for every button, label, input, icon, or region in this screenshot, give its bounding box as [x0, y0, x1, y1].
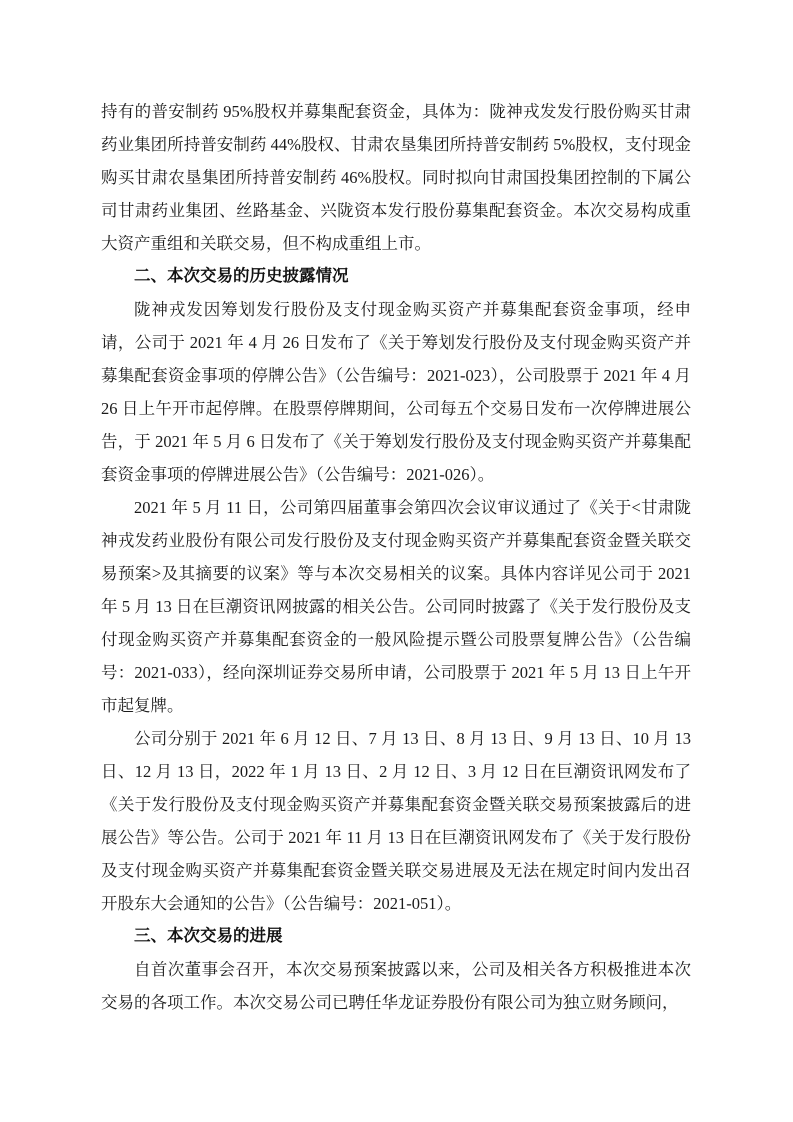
paragraph-monthly-progress-announcements: 公司分别于 2021 年 6 月 12 日、7 月 13 日、8 月 13 日、…: [101, 722, 691, 920]
document-page: 持有的普安制药 95%股权并募集配套资金，具体为：陇神戎发发行股份购买甘肃药业集…: [0, 0, 793, 1122]
section-heading-transaction-progress: 三、本次交易的进展: [101, 920, 691, 953]
paragraph-transaction-overview-continued: 持有的普安制药 95%股权并募集配套资金，具体为：陇神戎发发行股份购买甘肃药业集…: [101, 95, 691, 260]
paragraph-progress-since-first-board-meeting: 自首次董事会召开，本次交易预案披露以来，公司及相关各方积极推进本次交易的各项工作…: [101, 953, 691, 1019]
paragraph-board-meeting-resolutions: 2021 年 5 月 11 日，公司第四届董事会第四次会议审议通过了《关于<甘肃…: [101, 491, 691, 722]
section-heading-history-disclosure: 二、本次交易的历史披露情况: [101, 260, 691, 293]
page-content: 持有的普安制药 95%股权并募集配套资金，具体为：陇神戎发发行股份购买甘肃药业集…: [101, 95, 691, 1019]
paragraph-suspension-announcements: 陇神戎发因筹划发行股份及支付现金购买资产并募集配套资金事项，经申请，公司于 20…: [101, 293, 691, 491]
